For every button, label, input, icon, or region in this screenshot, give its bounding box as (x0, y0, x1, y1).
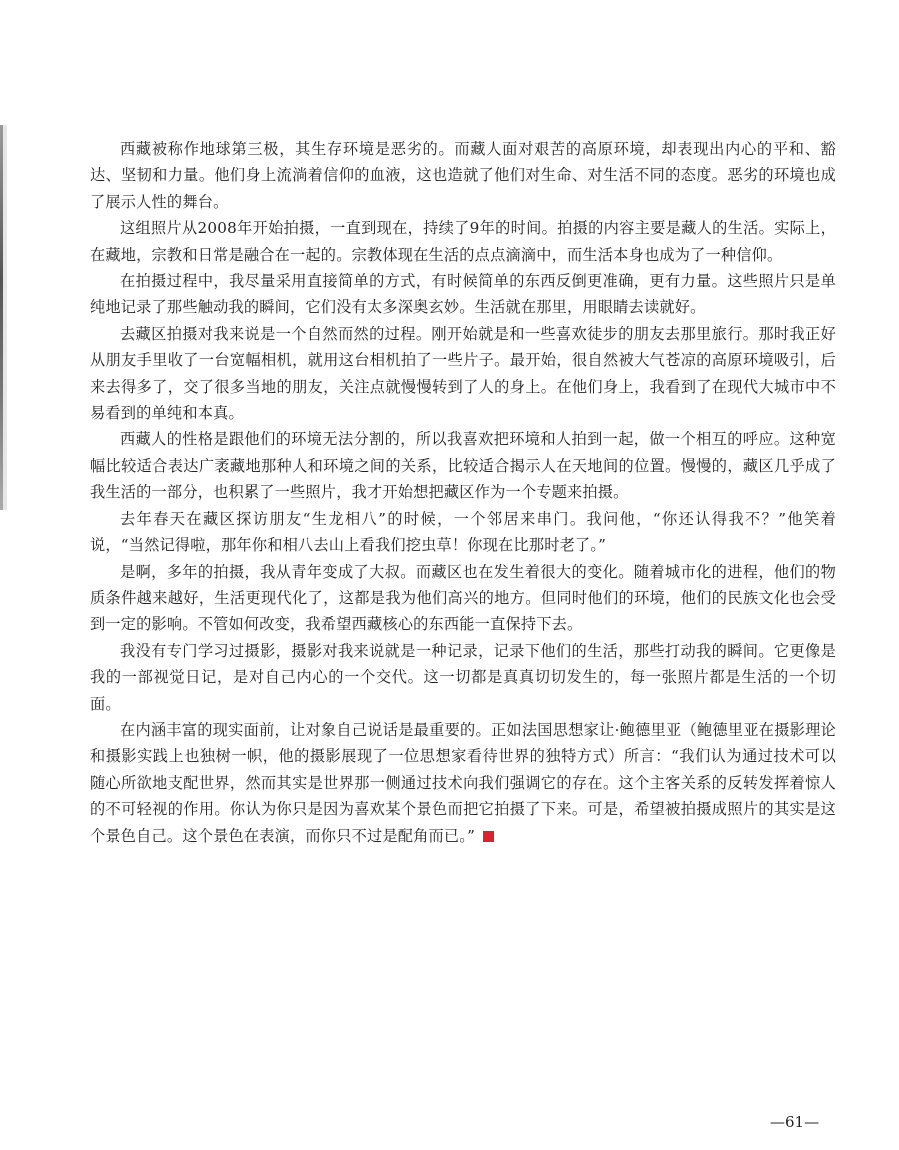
article-body: 西藏被称作地球第三极，其生存环境是恶劣的。而藏人面对艰苦的高原环境，却表现出内心… (90, 136, 836, 849)
paragraph-1: 西藏被称作地球第三极，其生存环境是恶劣的。而藏人面对艰苦的高原环境，却表现出内心… (90, 136, 836, 215)
paragraph-3: 在拍摄过程中，我尽量采用直接简单的方式，有时候简单的东西反倒更准确，更有力量。这… (90, 268, 836, 321)
paragraph-8: 我没有专门学习过摄影，摄影对我来说就是一种记录，记录下他们的生活，那些打动我的瞬… (90, 638, 836, 717)
paragraph-6: 去年春天在藏区探访朋友“生龙相八”的时候，一个邻居来串门。我问他，“你还认得我不… (90, 506, 836, 559)
page-number: —61— (770, 1113, 819, 1131)
end-of-article-square-icon (483, 831, 494, 842)
paragraph-5: 西藏人的性格是跟他们的环境无法分割的，所以我喜欢把环境和人拍到一起，做一个相互的… (90, 426, 836, 505)
binding-edge-shadow (3, 125, 7, 510)
paragraph-2: 这组照片从2008年开始拍摄，一直到现在，持续了9年的时间。拍摄的内容主要是藏人… (90, 215, 836, 268)
paragraph-4: 去藏区拍摄对我来说是一个自然而然的过程。刚开始就是和一些喜欢徒步的朋友去那里旅行… (90, 321, 836, 427)
paragraph-7: 是啊，多年的拍摄，我从青年变成了大叔。而藏区也在发生着很大的变化。随着城市化的进… (90, 559, 836, 638)
paragraph-9: 在内涵丰富的现实面前，让对象自己说话是最重要的。正如法国思想家让·鲍德里亚（鲍德… (90, 717, 836, 849)
paragraph-9-text: 在内涵丰富的现实面前，让对象自己说话是最重要的。正如法国思想家让·鲍德里亚（鲍德… (90, 721, 836, 845)
